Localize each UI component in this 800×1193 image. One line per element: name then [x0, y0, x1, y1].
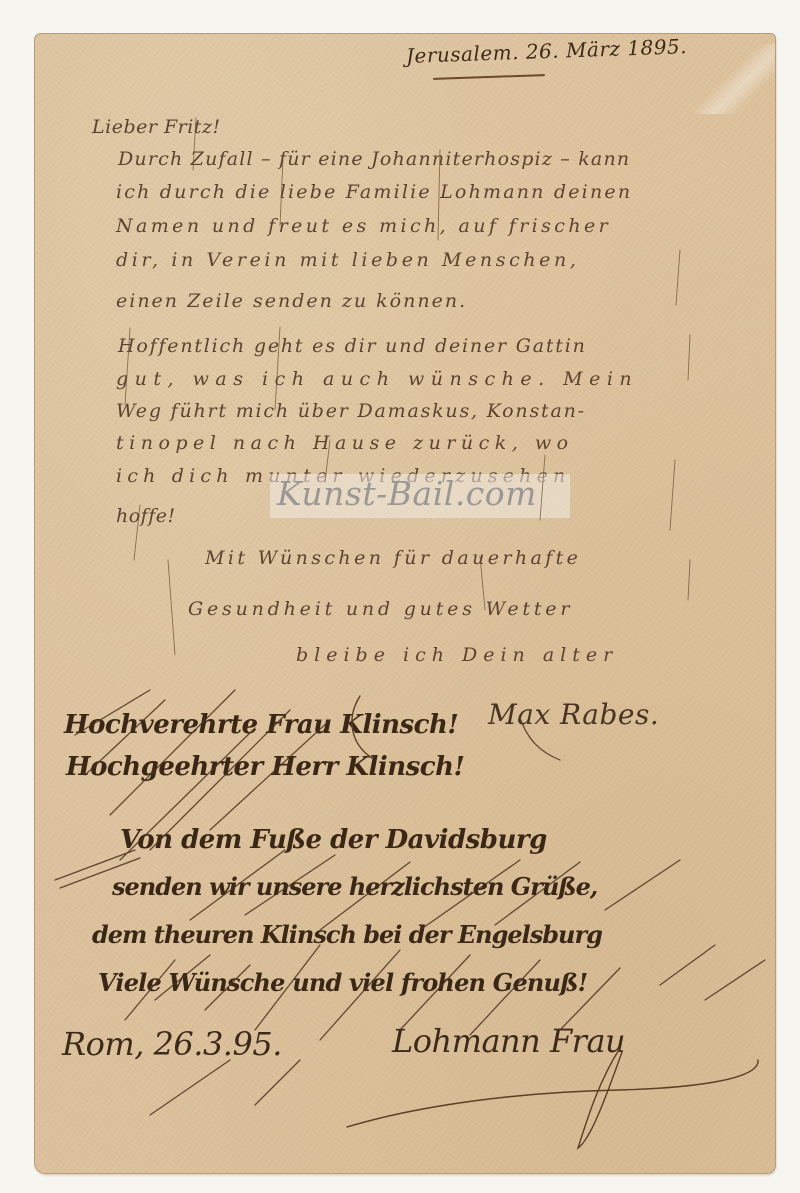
letter-line: Durch Zufall – für eine Johanniterhospiz… [118, 148, 630, 170]
salutation: Lieber Fritz! [92, 116, 221, 138]
letter-line: tinopel nach Hause zurück, wo [116, 432, 574, 454]
letter2-line: Viele Wünsche und viel frohen Genuß! [98, 968, 587, 997]
letter-line: gut, was ich auch wünsche. Mein [116, 368, 638, 390]
letter-line: hoffe! [116, 505, 176, 527]
letter2-line: Von dem Fuße der Davidsburg [120, 825, 547, 855]
closing-line: Gesundheit und gutes Wetter [188, 598, 573, 620]
watermark: Kunst-Bail.com [277, 474, 537, 513]
letter2-line: Hochgeehrter Herr Klinsch! [66, 752, 464, 782]
letter-line: dir, in Verein mit lieben Menschen, [116, 249, 580, 271]
letter-line: ich durch die liebe Familie Lohmann dein… [116, 181, 632, 203]
signature-max-rabes: Max Rabes. [488, 698, 659, 731]
closing-line: bleibe ich Dein alter [296, 644, 618, 666]
letter-line: Hoffentlich geht es dir und deiner Gatti… [118, 335, 587, 357]
letter-line: einen Zeile senden zu können. [116, 290, 467, 312]
letter2-place-date: Rom, 26.3.95. [62, 1025, 282, 1063]
letter2-line: senden wir unsere herzlichsten Grüße, [112, 872, 597, 901]
closing-line: Mit Wünschen für dauerhafte [205, 547, 581, 569]
signature-lohmann: Lohmann Frau [392, 1022, 625, 1060]
letter-line: Weg führt mich über Damaskus, Konstan- [116, 400, 586, 422]
letter-line: Namen und freut es mich, auf frischer [116, 215, 611, 237]
letter2-line: Hochverehrte Frau Klinsch! [64, 710, 458, 740]
letter2-line: dem theuren Klinsch bei der Engelsburg [92, 920, 602, 949]
